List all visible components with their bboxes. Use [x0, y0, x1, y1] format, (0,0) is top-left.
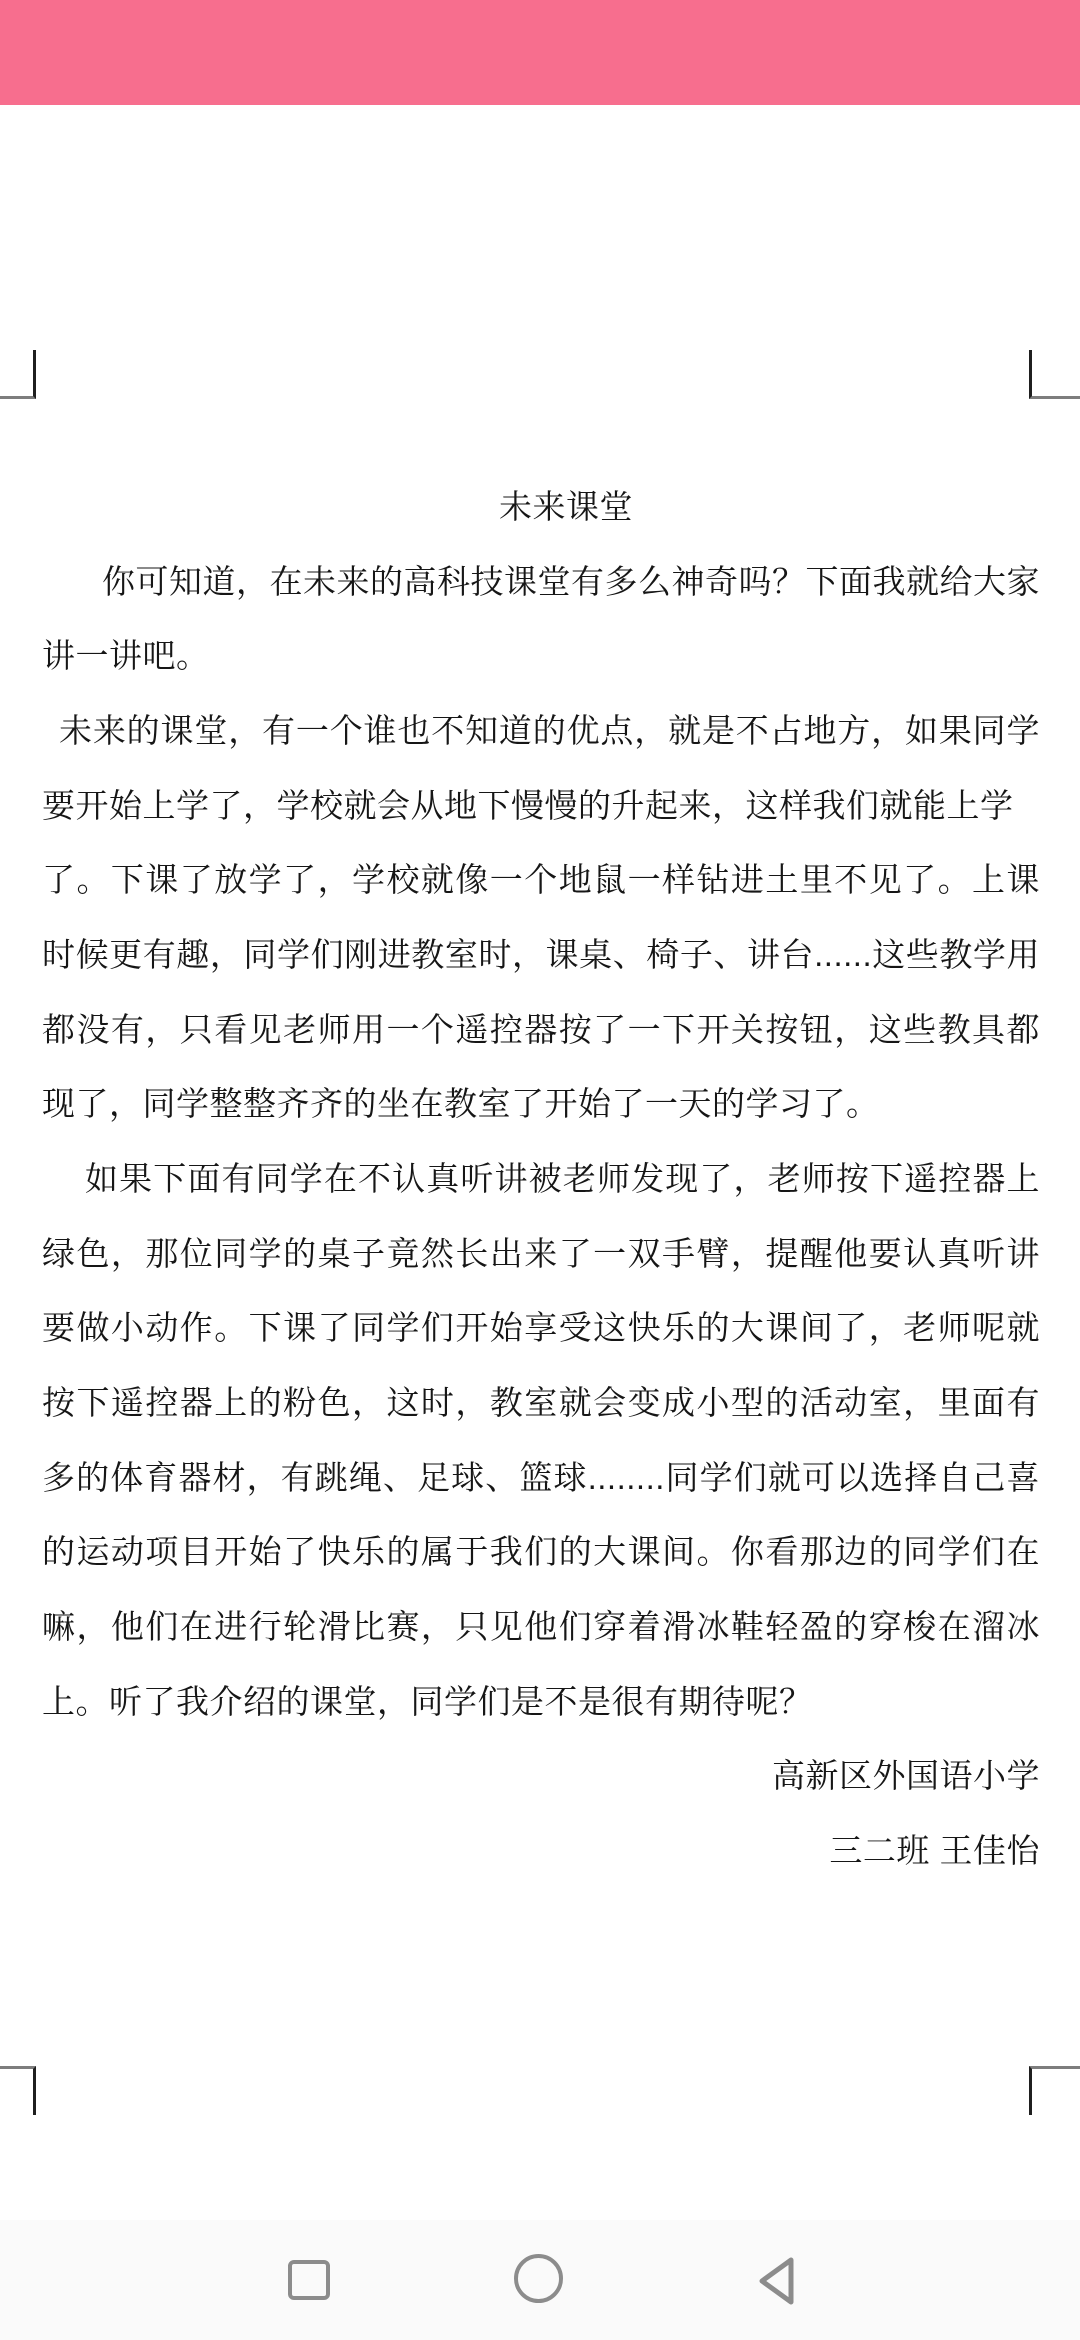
crop-corner-bottom-right [1029, 2066, 1080, 2115]
text-line: 高新区外国语小学 [42, 1739, 1040, 1814]
essay-title: 未来课堂 [42, 470, 1040, 545]
home-button[interactable] [514, 2254, 563, 2303]
essay-document: 未来课堂 你可知道，在未来的高科技课堂有多么神奇吗？下面我就给大家讲一讲吧。未来… [42, 470, 1040, 1888]
text-line: 三二班 王佳怡 [42, 1814, 1040, 1889]
text-line: 嘛，他们在进行轮滑比赛，只见他们穿着滑冰鞋轻盈的穿梭在溜冰场 [42, 1590, 1040, 1665]
crop-corner-top-right [1029, 350, 1080, 399]
back-button[interactable] [753, 2253, 800, 2309]
text-line: 要开始上学了，学校就会从地下慢慢的升起来，这样我们就能上学 [42, 769, 1040, 844]
text-line: 多的体育器材，有跳绳、足球、篮球........同学们就可以选择自己喜欢 [42, 1441, 1040, 1516]
home-icon [514, 2254, 563, 2303]
text-line: 都没有，只看见老师用一个遥控器按了一下开关按钮，这些教具都出 [42, 993, 1040, 1068]
navigation-bar [0, 2220, 1080, 2340]
crop-corner-top-left [0, 350, 36, 399]
app-header-bar [0, 0, 1080, 105]
text-line: 了。下课了放学了，学校就像一个地鼠一样钻进土里不见了。上课的 [42, 843, 1040, 918]
text-line: 按下遥控器上的粉色，这时，教室就会变成小型的活动室，里面有好 [42, 1366, 1040, 1441]
crop-corner-bottom-left [0, 2066, 36, 2115]
text-line: 绿色，那位同学的桌子竟然长出来了一双手臂，提醒他要认真听讲不 [42, 1217, 1040, 1292]
text-line: 如果下面有同学在不认真听讲被老师发现了，老师按下遥控器上的 [42, 1142, 1040, 1217]
recents-button[interactable] [288, 2260, 330, 2300]
recents-icon [288, 2260, 330, 2300]
text-line: 你可知道，在未来的高科技课堂有多么神奇吗？下面我就给大家 [42, 545, 1040, 620]
text-line: 上。听了我介绍的课堂，同学们是不是很有期待呢？ [42, 1665, 1040, 1740]
text-line: 时候更有趣，同学们刚进教室时，课桌、椅子、讲台......这些教学用具 [42, 918, 1040, 993]
back-icon [753, 2253, 800, 2309]
text-line: 现了，同学整整齐齐的坐在教室了开始了一天的学习了。 [42, 1067, 1040, 1142]
screen: { "app": { "header_color": "#f76e8e", "p… [0, 0, 1080, 2340]
text-line: 讲一讲吧。 [42, 619, 1040, 694]
text-line: 要做小动作。下课了同学们开始享受这快乐的大课间了，老师呢就会 [42, 1291, 1040, 1366]
text-line: 未来的课堂，有一个谁也不知道的优点，就是不占地方，如果同学们 [42, 694, 1040, 769]
text-line: 的运动项目开始了快乐的属于我们的大课间。你看那边的同学们在干 [42, 1515, 1040, 1590]
